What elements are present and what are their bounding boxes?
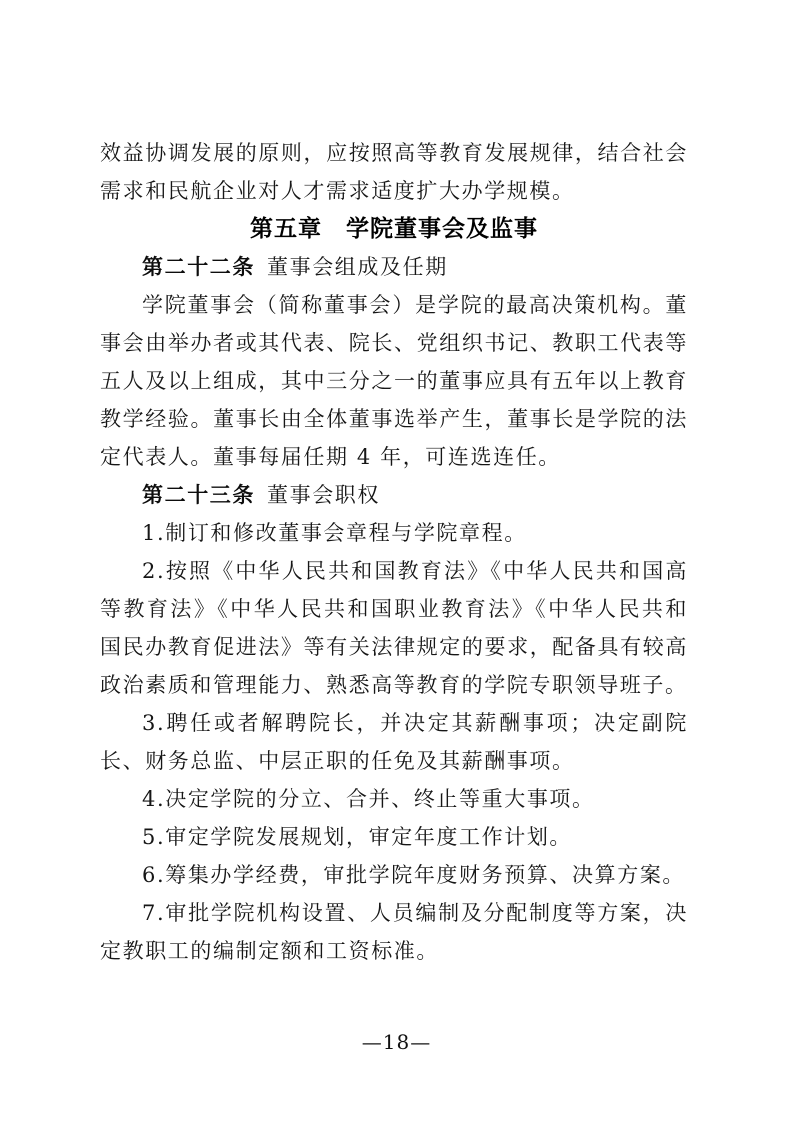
article-23-title: 董事会职权	[267, 483, 380, 507]
article-23-item: 3.聘任或者解聘院长，并决定其薪酬事项；决定副院长、财务总监、中层正职的任免及其…	[100, 704, 688, 780]
article-23-item: 6.筹集办学经费，审批学院年度财务预算、决算方案。	[100, 856, 688, 894]
article-22-title: 董事会组成及任期	[267, 255, 448, 279]
article-23-item: 4.决定学院的分立、合并、终止等重大事项。	[100, 780, 688, 818]
article-23-item: 7.审批学院机构设置、人员编制及分配制度等方案，决定教职工的编制定额和工资标准。	[100, 894, 688, 970]
page-number: —18—	[0, 1027, 793, 1057]
article-23-item: 2.按照《中华人民共和国教育法》《中华人民共和国高等教育法》《中华人民共和国职业…	[100, 552, 688, 704]
article-22-number: 第二十二条	[142, 254, 255, 279]
paragraph-continuation: 效益协调发展的原则，应按照高等教育发展规律，结合社会需求和民航企业对人才需求适度…	[100, 134, 688, 210]
article-23-number: 第二十三条	[142, 482, 255, 507]
article-23-item: 5.审定学院发展规划，审定年度工作计划。	[100, 818, 688, 856]
document-page: 效益协调发展的原则，应按照高等教育发展规律，结合社会需求和民航企业对人才需求适度…	[0, 0, 793, 1122]
chapter-heading: 第五章 学院董事会及监事	[100, 210, 688, 248]
article-23-heading: 第二十三条董事会职权	[100, 476, 688, 514]
article-22-body: 学院董事会（简称董事会）是学院的最高决策机构。董事会由举办者或其代表、院长、党组…	[100, 286, 688, 476]
article-22-heading: 第二十二条董事会组成及任期	[100, 248, 688, 286]
article-23-item: 1.制订和修改董事会章程与学院章程。	[100, 514, 688, 552]
page-content: 效益协调发展的原则，应按照高等教育发展规律，结合社会需求和民航企业对人才需求适度…	[100, 134, 688, 970]
